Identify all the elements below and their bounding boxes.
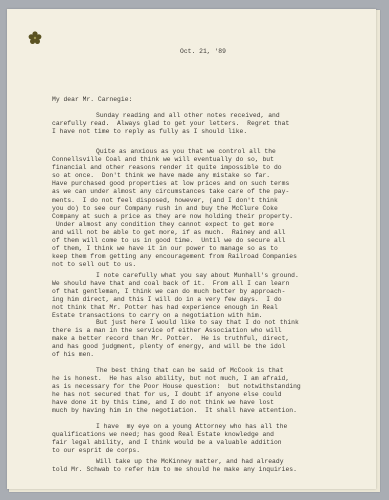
text-line: Have purchased good properties at low pr…: [52, 180, 297, 188]
flower-stamp-icon: [28, 31, 42, 45]
text-line: ments. I do not feel disposed, however, …: [52, 197, 297, 205]
text-line: he is honest. He has also ability, but n…: [52, 375, 301, 383]
text-line: as we can under almost any circumstances…: [52, 188, 297, 196]
text-line: Sunday reading and all other notes recei…: [52, 112, 289, 120]
text-line: ing him direct, and this I will do in a …: [52, 296, 299, 304]
text-line: Will take up the McKinney matter, and ha…: [52, 458, 297, 466]
text-line-content: Will take up the McKinney matter, and ha…: [96, 458, 284, 465]
text-line: have done it by this time, and I do not …: [52, 399, 301, 407]
letter-paragraph: Will take up the McKinney matter, and ha…: [52, 458, 297, 474]
text-line: Quite as anxious as you that we control …: [52, 148, 297, 156]
text-line: of that gentleman, I think we can do muc…: [52, 288, 299, 296]
salutation: My dear Mr. Carnegie:: [52, 96, 132, 104]
text-line: not to sell out to us.: [52, 261, 297, 269]
text-line: carefully read. Always glad to get your …: [52, 120, 289, 128]
letter-paragraph: Quite as anxious as you that we control …: [52, 148, 297, 269]
text-line-content: The best thing that can be said of McCoo…: [96, 367, 284, 374]
text-line: as is necessary for the Poor House quest…: [52, 383, 301, 391]
text-line: I have not time to reply as fully as I s…: [52, 128, 289, 136]
text-line: of his men.: [52, 351, 299, 359]
text-line-content: But just here I would like to say that I…: [96, 319, 299, 326]
text-line: Company at such a price as they are now …: [52, 213, 297, 221]
text-line: qualifications we need; has good Real Es…: [52, 431, 287, 439]
text-line: he has not secured that for us, I doubt …: [52, 391, 301, 399]
text-line: I note carefully what you say about Munh…: [52, 272, 299, 280]
text-line: told Mr. Schwab to refer him to me shoul…: [52, 466, 297, 474]
text-line: financial and other reasons render it qu…: [52, 164, 297, 172]
letter-paragraph: Sunday reading and all other notes recei…: [52, 112, 289, 136]
text-line: not think that Mr. Potter has had experi…: [52, 304, 299, 312]
text-line: there is a man in the service of either …: [52, 327, 299, 335]
text-line: make a better record than Mr. Potter. He…: [52, 335, 299, 343]
text-line: We should have that and coal back of it.…: [52, 280, 299, 288]
letter-paragraph: But just here I would like to say that I…: [52, 319, 299, 359]
text-line: of them, I think we have it in our power…: [52, 245, 297, 253]
text-line: Connellsville Coal and think we will eve…: [52, 156, 297, 164]
text-line: to our esprit de corps.: [52, 447, 287, 455]
letter-paragraph: I have my eye on a young Attorney who ha…: [52, 423, 287, 455]
text-line: Under almost any condition they cannot e…: [52, 221, 297, 229]
text-line-content: Sunday reading and all other notes recei…: [96, 112, 280, 119]
text-line: you do) to see our Company rush in and b…: [52, 205, 297, 213]
text-line: much by having him in the negotiation. I…: [52, 407, 301, 415]
text-line-content: I have my eye on a young Attorney who ha…: [96, 423, 287, 430]
letter-date: Oct. 21, '89: [180, 48, 226, 56]
text-line: But just here I would like to say that I…: [52, 319, 299, 327]
text-line: keep them from getting any encouragement…: [52, 253, 297, 261]
text-line: and has good judgment, plenty of energy,…: [52, 343, 299, 351]
text-line-content: I note carefully what you say about Munh…: [96, 272, 299, 279]
text-line-content: Quite as anxious as you that we control …: [96, 148, 276, 155]
text-line: of them will come to us in good time. Un…: [52, 237, 297, 245]
text-line: so at once. Don't think we have made any…: [52, 172, 297, 180]
text-line: The best thing that can be said of McCoo…: [52, 367, 301, 375]
text-line: fair legal ability, and I think would be…: [52, 439, 287, 447]
text-line: I have my eye on a young Attorney who ha…: [52, 423, 287, 431]
letter-paragraph: The best thing that can be said of McCoo…: [52, 367, 301, 416]
letter-paragraph: I note carefully what you say about Munh…: [52, 272, 299, 321]
text-line: and will not be able to get more, if as …: [52, 229, 297, 237]
